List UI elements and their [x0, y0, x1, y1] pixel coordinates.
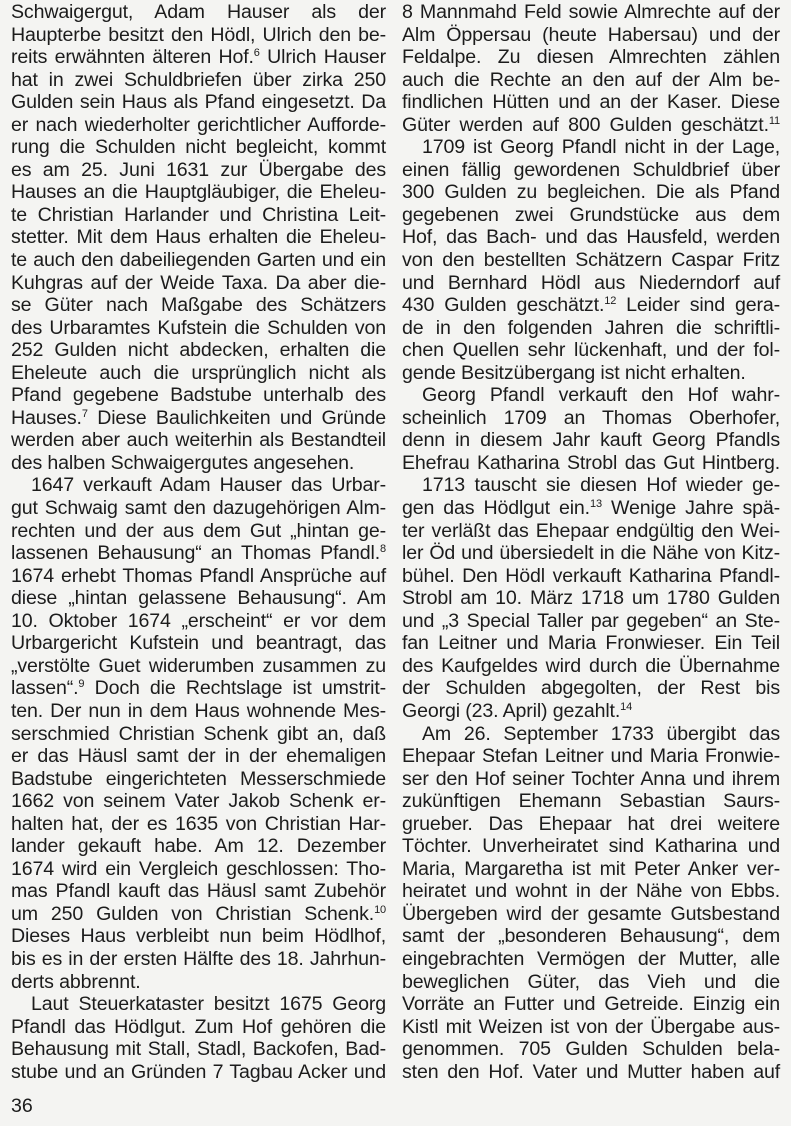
text-line: Georgi (23. April) gezahlt.14 [402, 700, 780, 723]
text-line: hat in zwei Schuldbriefen über zirka 250 [11, 69, 386, 92]
text-line: bühel. Den Hödl verkauft Katharina Pfand… [402, 565, 780, 588]
text-line: Ehefrau Katharina Strobl das Gut Hintber… [402, 452, 780, 475]
text-line: scheinlich 1709 an Thomas Oberhofer, [402, 407, 780, 430]
footnote-marker: 10 [374, 904, 386, 916]
text-line: se Güter nach Maßgabe des Schätzers [11, 294, 386, 317]
text-line: auch die Rechte an den auf der Alm be- [402, 69, 780, 92]
text-line: lassenen Behausung“ an Thomas Pfandl.8 [11, 542, 386, 565]
text-line: bis es in der ersten Hälfte des 18. Jahr… [11, 948, 386, 971]
text-line: Gulden sein Haus als Pfand eingesetzt. D… [11, 91, 386, 114]
text-line: Kistl mit Weizen ist von der Übergabe au… [402, 1016, 780, 1039]
text-line: Hauses.7 Diese Baulichkeiten und Gründe [11, 407, 386, 430]
text-line: 1662 von seinem Vater Jakob Schenk er- [11, 790, 386, 813]
text-line: 1674 wird ein Vergleich geschlossen: Tho… [11, 858, 386, 881]
text-line: genommen. 705 Gulden Schulden bela- [402, 1038, 780, 1061]
text-line: ler Öd und übersiedelt in die Nähe von K… [402, 542, 780, 565]
text-line: eingebrachten Vermögen der Mutter, alle [402, 948, 780, 971]
text-line: grueber. Das Ehepaar hat drei weitere [402, 813, 780, 836]
text-line: te auch den dabeiliegenden Garten und ei… [11, 249, 386, 272]
text-line: serschmied Christian Schenk gibt an, daß [11, 723, 386, 746]
text-line: er das Häusl samt der in der ehemaligen [11, 745, 386, 768]
text-line: fan Leitner und Maria Fronwieser. Ein Te… [402, 632, 780, 655]
text-line: halten hat, der es 1635 von Christian Ha… [11, 813, 386, 836]
text-line: Pfand gegebene Badstube unterhalb des [11, 384, 386, 407]
text-line: de in den folgenden Jahren die schriftli… [402, 317, 780, 340]
text-line: heiratet und wohnt in der Nähe von Ebbs. [402, 880, 780, 903]
text-line: Eheleute auch die ursprünglich nicht als [11, 362, 386, 385]
text-line: Behausung mit Stall, Stadl, Backofen, Ba… [11, 1038, 386, 1061]
text-line: diese „hintan gelassene Behausung“. Am [11, 587, 386, 610]
text-line: rechten und der aus dem Gut „hintan ge- [11, 520, 386, 543]
text-line: 300 Gulden zu begleichen. Die als Pfand [402, 181, 780, 204]
text-line: derts abbrennt. [11, 971, 386, 994]
text-line: Kuhgras auf der Weide Taxa. Da aber die- [11, 272, 386, 295]
page-number: 36 [11, 1095, 33, 1118]
text-line: Feldalpe. Zu diesen Almrechten zählen [402, 46, 780, 69]
text-line: Georg Pfandl verkauft den Hof wahr- [402, 384, 780, 407]
text-line: Hof, das Bach- und das Hausfeld, werden [402, 226, 780, 249]
text-line: des halben Schwaigergutes angesehen. [11, 452, 386, 475]
text-line: ter verläßt das Ehepaar endgültig den We… [402, 520, 780, 543]
text-line: 1713 tauscht sie diesen Hof wieder ge- [402, 474, 780, 497]
left-text-column: Schwaigergut, Adam Hauser als derHaupter… [11, 1, 386, 1083]
text-line: Hauses an die Hauptgläubiger, die Eheleu… [11, 181, 386, 204]
text-line: denn in diesem Jahr kauft Georg Pfandls [402, 429, 780, 452]
text-line: werden aber auch weiterhin als Bestandte… [11, 429, 386, 452]
text-line: ser den Hof seiner Tochter Anna und ihre… [402, 768, 780, 791]
text-line: stetter. Mit dem Haus erhalten die Ehele… [11, 226, 386, 249]
text-line: Badstube eingerichteten Messerschmiede [11, 768, 386, 791]
text-line: findlichen Hütten und an der Kaser. Dies… [402, 91, 780, 114]
text-line: einen fällig gewordenen Schuldbrief über [402, 159, 780, 182]
text-line: Dieses Haus verbleibt nun beim Hödlhof, [11, 925, 386, 948]
text-line: Haupterbe besitzt den Hödl, Ulrich den b… [11, 24, 386, 47]
text-line: 1647 verkauft Adam Hauser das Urbar- [11, 474, 386, 497]
text-line: 1709 ist Georg Pfandl nicht in der Lage, [402, 136, 780, 159]
text-line: rung die Schulden nicht begleicht, kommt [11, 136, 386, 159]
footnote-marker: 8 [380, 543, 386, 555]
book-page: Schwaigergut, Adam Hauser als derHaupter… [0, 0, 791, 1126]
text-line: „verstölte Guet widerumben zusammen zu [11, 655, 386, 678]
footnote-marker: 13 [590, 498, 602, 510]
text-line: Laut Steuerkataster besitzt 1675 Georg [11, 993, 386, 1016]
text-line: lander gekauft habe. Am 12. Dezember [11, 835, 386, 858]
text-line: gut Schwaig samt den dazugehörigen Alm- [11, 497, 386, 520]
text-line: lassen“.9 Doch die Rechtslage ist umstri… [11, 677, 386, 700]
right-text-column: 8 Mannmahd Feld sowie Almrechte auf derA… [402, 1, 780, 1083]
text-line: stube und an Gründen 7 Tagbau Acker und [11, 1061, 386, 1084]
text-line: zukünftigen Ehemann Sebastian Saurs- [402, 790, 780, 813]
text-line: Vorräte an Futter und Getreide. Einzig e… [402, 993, 780, 1016]
text-line: 252 Gulden nicht abdecken, erhalten die [11, 339, 386, 362]
text-line: Töchter. Unverheiratet sind Katharina un… [402, 835, 780, 858]
text-line: gen das Hödlgut ein.13 Wenige Jahre spä- [402, 497, 780, 520]
text-line: 430 Gulden geschätzt.12 Leider sind gera… [402, 294, 780, 317]
text-line: Alm Öppersau (heute Habersau) und der [402, 24, 780, 47]
text-line: Maria, Margaretha ist mit Peter Anker ve… [402, 858, 780, 881]
text-line: Schwaigergut, Adam Hauser als der [11, 1, 386, 24]
text-line: Am 26. September 1733 übergibt das [402, 723, 780, 746]
text-line: er nach wiederholter gerichtlicher Auffo… [11, 114, 386, 137]
footnote-marker: 12 [604, 295, 616, 307]
text-line: samt der „besonderen Behausung“, dem [402, 925, 780, 948]
text-line: um 250 Gulden von Christian Schenk.10 [11, 903, 386, 926]
text-line: 1674 erhebt Thomas Pfandl Ansprüche auf [11, 565, 386, 588]
text-line: sten den Hof. Vater und Mutter haben auf [402, 1061, 780, 1084]
text-line: te Christian Harlander und Christina Lei… [11, 204, 386, 227]
footnote-marker: 11 [769, 115, 780, 127]
text-line: reits erwähnten älteren Hof.6 Ulrich Hau… [11, 46, 386, 69]
text-line: mas Pfandl kauft das Häusl samt Zubehör [11, 880, 386, 903]
text-line: Güter werden auf 800 Gulden geschätzt.11 [402, 114, 780, 137]
text-line: es am 25. Juni 1631 zur Übergabe des [11, 159, 386, 182]
text-line: des Urbaramtes Kufstein die Schulden von [11, 317, 386, 340]
text-line: von den bestellten Schätzern Caspar Frit… [402, 249, 780, 272]
text-line: 10. Oktober 1674 „erscheint“ er vor dem [11, 610, 386, 633]
text-line: Strobl am 10. März 1718 um 1780 Gulden [402, 587, 780, 610]
text-line: chen Quellen sehr lückenhaft, und der fo… [402, 339, 780, 362]
text-line: 8 Mannmahd Feld sowie Almrechte auf der [402, 1, 780, 24]
text-line: gegebenen zwei Grundstücke aus dem [402, 204, 780, 227]
text-line: ten. Der nun in dem Haus wohnende Mes- [11, 700, 386, 723]
text-line: Pfandl das Hödlgut. Zum Hof gehören die [11, 1016, 386, 1039]
text-line: Ehepaar Stefan Leitner und Maria Fronwie… [402, 745, 780, 768]
text-line: Urbargericht Kufstein und beantragt, das [11, 632, 386, 655]
text-line: und „3 Special Taller par gegeben“ an St… [402, 610, 780, 633]
text-line: beweglichen Güter, das Vieh und die [402, 971, 780, 994]
text-line: und Bernhard Hödl aus Niederndorf auf [402, 272, 780, 295]
text-line: der Schulden abgegolten, der Rest bis [402, 677, 780, 700]
text-line: des Kaufgeldes wird durch die Übernahme [402, 655, 780, 678]
footnote-marker: 14 [620, 701, 632, 713]
text-line: gende Besitzübergang ist nicht erhalten. [402, 362, 780, 385]
text-line: Übergeben wird der gesamte Gutsbestand [402, 903, 780, 926]
